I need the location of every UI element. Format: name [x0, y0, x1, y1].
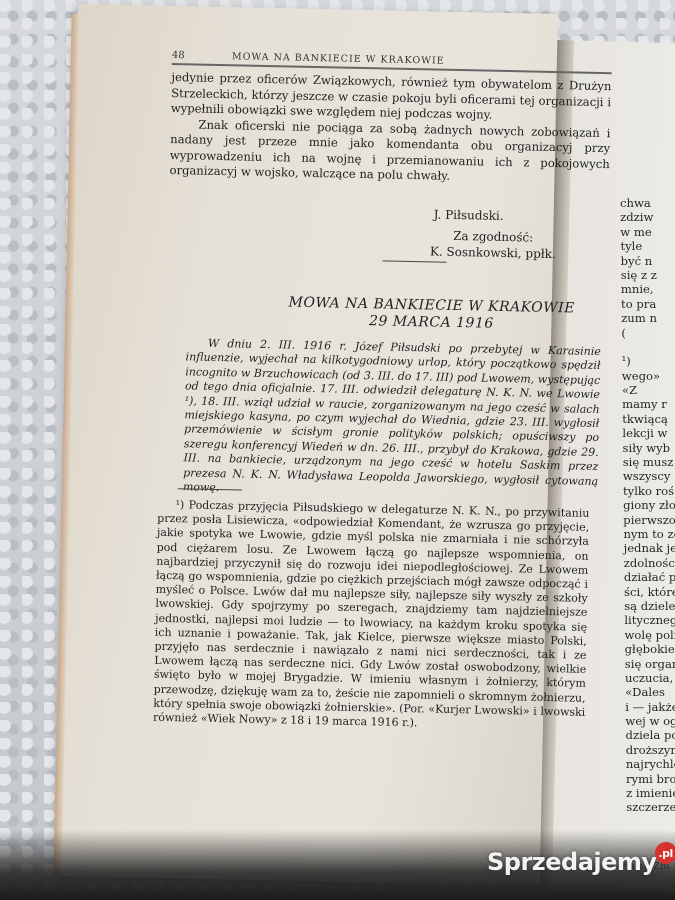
- section-heading: MOWA NA BANKIECIE W KRAKOWIE 29 MARCA 19…: [271, 294, 592, 335]
- right-page-line: «Z: [620, 383, 675, 397]
- right-page-line: tkwiącą: [620, 412, 675, 426]
- right-page-line: «Dales: [620, 685, 675, 699]
- right-page-line: wego»: [620, 369, 675, 383]
- right-page-line: najrychlej zl: [620, 757, 675, 771]
- right-page-line: działać po: [620, 570, 675, 584]
- right-page-line: giony zło: [620, 498, 675, 512]
- right-page-line: wolę polity: [620, 628, 675, 642]
- running-head-title: MOWA NA BANKIECIE W KRAKOWIE: [232, 51, 445, 66]
- right-page-line: nym to zo: [620, 527, 675, 541]
- intro-text: W dniu 2. III. 1916 r. Józef Piłsudski p…: [183, 336, 601, 503]
- paragraph: Znak oficerski nie pociąga za sobą żadny…: [169, 116, 610, 187]
- right-page-line: wej w ogóle: [620, 714, 675, 728]
- watermark: Sprzedajemy .pl: [487, 848, 675, 876]
- right-page-line: jednak jes: [620, 541, 675, 555]
- right-page-line: to pra: [620, 297, 675, 311]
- right-page-line: ści, które: [620, 585, 675, 599]
- right-page-line: się z z: [620, 268, 675, 282]
- watermark-badge: .pl: [655, 842, 675, 864]
- right-page-line: się organic: [620, 657, 675, 671]
- right-page-text: chwazdziww metylebyć nsię z zmnie,to pra…: [620, 196, 675, 815]
- right-page-line: i — jakżeż: [620, 700, 675, 714]
- right-page-line: (: [620, 326, 675, 340]
- right-page-line: pierwszor: [620, 513, 675, 527]
- right-page-line: się musz: [620, 455, 675, 469]
- footnote: ¹) Podczas przyjęcia Piłsudskiego w dele…: [153, 498, 590, 734]
- attestation-name: K. Sosnkowski, ppłk.: [403, 243, 583, 263]
- right-page-line: litycznego,: [620, 613, 675, 627]
- right-page-line: wszyscy: [620, 469, 675, 483]
- right-page-line: lekcji w: [620, 426, 675, 440]
- signature: J. Piłsudski.: [434, 207, 504, 222]
- paragraph: jedynie przez oficerów Związkowych, równ…: [171, 70, 612, 126]
- right-page-line: mnie,: [620, 282, 675, 296]
- right-page-line: ¹): [620, 354, 675, 368]
- right-page-line: głębokie pr: [620, 642, 675, 656]
- watermark-text: Sprzedajemy: [487, 848, 657, 876]
- right-page-line: zum n: [620, 311, 675, 325]
- page-number: 48: [172, 50, 232, 62]
- right-page-line: szczerze i go: [620, 800, 675, 814]
- right-page-line: chwa: [620, 196, 675, 210]
- right-page-line: siły wyb: [620, 441, 675, 455]
- right-page-line: droższym, n: [620, 743, 675, 757]
- right-page-line: dziela polity: [620, 728, 675, 742]
- right-page-line: [620, 340, 675, 354]
- left-page: 48 MOWA NA BANKIECIE W KRAKOWIE jedynie …: [60, 4, 558, 886]
- right-page-line: rymi bronić: [620, 772, 675, 786]
- right-page-line: z imieniem: [620, 786, 675, 800]
- right-page-line: są dzielem: [620, 599, 675, 613]
- right-page-line: być n: [620, 254, 675, 268]
- section-divider: [383, 260, 447, 262]
- body-text: jedynie przez oficerów Związkowych, równ…: [169, 70, 611, 188]
- right-page-line: mamy r: [620, 397, 675, 411]
- right-page-line: tylko roś: [620, 484, 675, 498]
- right-page-line: w me: [620, 225, 675, 239]
- right-page-line: tyle: [620, 239, 675, 253]
- attestation: Za zgodność: K. Sosnkowski, ppłk.: [403, 227, 584, 263]
- right-page-line: uczucia, gdy: [620, 671, 675, 685]
- right-page-line: zdolności: [620, 556, 675, 570]
- footnote-paragraph: ¹) Podczas przyjęcia Piłsudskiego w dele…: [153, 498, 590, 734]
- right-page-line: zdziw: [620, 210, 675, 224]
- intro-paragraph: W dniu 2. III. 1916 r. Józef Piłsudski p…: [183, 336, 601, 503]
